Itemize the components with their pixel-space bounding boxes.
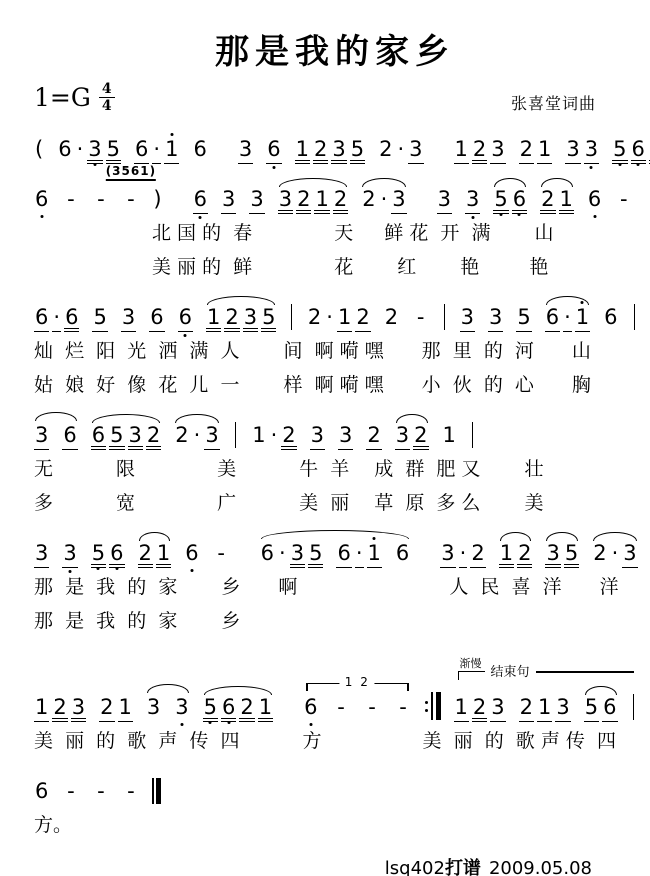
- note-digit: 1: [251, 425, 266, 450]
- note-digit: 5: [109, 425, 124, 450]
- note-digit: 3: [71, 697, 86, 722]
- ending-bracket: 结束句: [458, 671, 635, 680]
- lyric-line: 那 是 我 的 家 乡: [34, 606, 636, 636]
- note-digit: 2: [224, 307, 239, 332]
- note: 6·1: [336, 543, 381, 568]
- note-digit: 3: [310, 425, 325, 450]
- meter-numerator: 4: [99, 81, 115, 97]
- note-digit: 1: [367, 543, 382, 568]
- barline: [472, 422, 474, 448]
- note: 3: [310, 425, 325, 450]
- note-digit: 3: [490, 697, 505, 722]
- note-digit: ·: [52, 307, 61, 332]
- note-digit: 6: [336, 543, 351, 568]
- note-digit: 3: [338, 425, 353, 450]
- note-digit: 6: [178, 307, 193, 332]
- note: 1235: [295, 139, 366, 164]
- note-digit: ): [152, 189, 162, 214]
- note-digit: 3: [146, 697, 161, 722]
- note: 3: [437, 189, 452, 214]
- dash-rest: -: [364, 697, 381, 722]
- note-digit: 5: [106, 139, 121, 164]
- note: 3: [121, 307, 136, 332]
- composer-credit: 张喜堂词曲: [511, 91, 636, 114]
- note-digit: 2: [470, 543, 485, 568]
- note-digit: 2: [307, 307, 322, 332]
- note: 3·2: [440, 543, 485, 568]
- note: 12: [499, 543, 533, 568]
- note: 123: [34, 697, 86, 722]
- lyric-line: 多 宽 广 美 丽 草 原 多 么 美: [34, 488, 636, 518]
- note-digit: ·: [278, 543, 287, 568]
- note-digit: 3: [278, 189, 293, 214]
- music-system: 6·6536612352·122-3356·16灿 烂 阳 光 洒 满 人 间 …: [34, 290, 636, 400]
- note-digit: 6: [134, 139, 149, 164]
- volta-line: 1 2: [306, 683, 408, 693]
- bracket-corner: [458, 671, 485, 680]
- dash-rest: -: [412, 307, 429, 332]
- note-digit: 1: [575, 307, 590, 332]
- dash-rest: -: [62, 189, 79, 214]
- note-digit: ·: [76, 139, 85, 164]
- note-digit: 1: [206, 307, 221, 332]
- note-digit: 5: [91, 543, 106, 568]
- notation-area: (6·356·163612352·3123213356216--(3561)-)…: [34, 122, 636, 840]
- note-digit: 6: [34, 781, 49, 806]
- dash-rest: -: [615, 189, 632, 214]
- note: 3: [460, 307, 475, 332]
- note-digit: 3: [555, 697, 570, 722]
- note-digit: 2: [281, 425, 296, 450]
- note-digit: 3: [238, 139, 253, 164]
- ending-phrase: 渐慢结束句12321356: [454, 658, 637, 722]
- dash-rest: -: [122, 781, 139, 806]
- note-digit: 3: [249, 189, 264, 214]
- note: 3: [146, 697, 161, 722]
- music-system: 3356216-6·356·163·212352·3那 是 我 的 家 乡 啊 …: [34, 526, 636, 636]
- note-digit: 5: [203, 697, 218, 722]
- note-digit: 6: [34, 189, 49, 214]
- note: 2·3: [592, 543, 637, 568]
- note: 3: [34, 543, 49, 568]
- note: -: [62, 189, 79, 214]
- note-digit: 1: [118, 697, 133, 722]
- note: 6: [303, 697, 318, 722]
- note-digit: 2: [138, 543, 153, 568]
- meta-row: 1 = G 4 4 张喜堂词曲: [34, 81, 636, 114]
- note-digit: 2: [296, 189, 311, 214]
- note: 6: [34, 189, 49, 214]
- note: 21: [540, 189, 574, 214]
- note: 6: [587, 189, 602, 214]
- note-digit: ·: [563, 307, 572, 332]
- note-digit: 6: [221, 697, 236, 722]
- note-digit: 6: [512, 189, 527, 214]
- note: 5: [92, 307, 107, 332]
- note: (: [34, 139, 44, 164]
- note-digit: 6: [631, 139, 646, 164]
- note: -: [364, 697, 381, 722]
- note: 213: [519, 697, 571, 722]
- note: -: [122, 781, 139, 806]
- note: 6·6: [34, 307, 79, 332]
- note-digit: 3: [440, 543, 455, 568]
- note-digit: 6: [545, 307, 560, 332]
- note-digit: 2: [519, 697, 534, 722]
- note-digit: 6: [62, 425, 77, 450]
- notation-row: 6--(3561)-)63332122·33356216-: [34, 172, 636, 214]
- note-digit: 2: [472, 697, 487, 722]
- note: ): [152, 189, 162, 214]
- dash-rest: -: [92, 781, 109, 806]
- note-digit: 6: [587, 189, 602, 214]
- note: 5: [516, 307, 531, 332]
- lyric-line: 美 丽 的 歌 声 传 四 方 美 丽 的 歌 声 传 四: [34, 726, 636, 756]
- note-digit: 5: [261, 307, 276, 332]
- note-digit: 3: [488, 307, 503, 332]
- note: 56: [584, 697, 618, 722]
- note-digit: 3: [290, 543, 305, 568]
- note-digit: 1: [559, 189, 574, 214]
- note-digit: 3: [545, 543, 560, 568]
- key-scale-degree: 1: [34, 83, 50, 112]
- note: 123: [454, 139, 506, 164]
- key-signature: 1 = G 4 4: [34, 81, 115, 114]
- note-digit: 6: [34, 307, 49, 332]
- note: 3: [238, 139, 253, 164]
- note: 6: [178, 307, 193, 332]
- note-digit: 1: [442, 425, 457, 450]
- volta-numbers: 1 2: [340, 676, 375, 689]
- note: 35: [545, 543, 579, 568]
- note-digit: 2: [361, 189, 376, 214]
- note-digit: 3: [622, 543, 637, 568]
- note-digit: 5: [584, 697, 599, 722]
- music-system: (6·356·163612352·312321335621: [34, 122, 636, 164]
- note-digit: 2: [333, 189, 348, 214]
- note-digit: 3: [34, 425, 49, 450]
- dash-rest: -: [92, 189, 109, 214]
- note: 21: [138, 543, 172, 568]
- note: 2: [384, 307, 399, 332]
- note: 6: [34, 781, 49, 806]
- note-digit: 6: [303, 697, 318, 722]
- note: 5621: [203, 697, 274, 722]
- note-digit: 5: [516, 307, 531, 332]
- note-digit: 1: [156, 543, 171, 568]
- notation-row: 3665322·31·2332321: [34, 408, 636, 450]
- note-digit: 6: [57, 139, 72, 164]
- note-digit: 3: [391, 189, 406, 214]
- note-digit: ·: [270, 425, 279, 450]
- note-digit: 6: [602, 697, 617, 722]
- note: 6: [266, 139, 281, 164]
- note-digit: 3: [243, 307, 258, 332]
- bracket-line: [536, 671, 634, 673]
- note: 3: [62, 543, 77, 568]
- note: 6532: [91, 425, 162, 450]
- note-digit: 2: [519, 139, 534, 164]
- notation-row: 6·6536612352·122-3356·16: [34, 290, 636, 332]
- transcriber-name: lsq402: [385, 858, 445, 876]
- note-digit: 6: [184, 543, 199, 568]
- note: 21: [99, 697, 133, 722]
- lyric-line: 方。: [34, 810, 636, 840]
- note: 32: [395, 425, 429, 450]
- lyric-line: 美 丽 的 鲜 花 红 艳 艳: [34, 252, 636, 282]
- note-digit: 6: [193, 189, 208, 214]
- note-digit: 3: [174, 697, 189, 722]
- note: 2·12: [307, 307, 371, 332]
- volta-measures: 6---: [303, 697, 411, 722]
- note: 2·3: [361, 189, 406, 214]
- note-digit: 3: [121, 307, 136, 332]
- note: 2·3: [378, 139, 423, 164]
- note-digit: 6: [266, 139, 281, 164]
- music-system: 6---方。: [34, 764, 636, 840]
- song-title: 那是我的家乡: [34, 24, 636, 73]
- note-digit: 1: [454, 139, 469, 164]
- slur-group: 6·356·16: [260, 543, 411, 568]
- note: 1·2: [251, 425, 296, 450]
- note: -: [213, 543, 230, 568]
- note: 6·35: [260, 543, 324, 568]
- note-digit: 2: [592, 543, 607, 568]
- note-digit: 6: [395, 543, 410, 568]
- notation-row: (6·356·163612352·312321335621: [34, 122, 636, 164]
- note: -: [92, 781, 109, 806]
- note-digit: 6: [91, 425, 106, 450]
- note-digit: 2: [540, 189, 555, 214]
- note-digit: 2: [366, 425, 381, 450]
- note: -: [412, 307, 429, 332]
- note-digit: 5: [92, 307, 107, 332]
- note: 6: [603, 307, 618, 332]
- note-digit: 3: [437, 189, 452, 214]
- note: 6·1: [134, 139, 179, 164]
- dash-rest: -: [333, 697, 350, 722]
- time-signature: 4 4: [99, 81, 115, 114]
- note-digit: 3: [408, 139, 423, 164]
- repeat-end-sign: [425, 692, 441, 720]
- music-system: 123213356211 26---渐慢结束句12321356美 丽 的 歌 声…: [34, 644, 636, 756]
- note: 6: [395, 543, 410, 568]
- lyric-line: 无 限 美 牛 羊 成 群 肥 又 壮: [34, 454, 636, 484]
- note-digit: 1: [454, 697, 469, 722]
- note-digit: 3: [87, 139, 102, 164]
- note-digit: 1: [164, 139, 179, 164]
- note-digit: 6: [149, 307, 164, 332]
- dash-rest: -: [62, 781, 79, 806]
- music-system: 6--(3561)-)63332122·33356216-北 国 的 春 天 鲜…: [34, 172, 636, 282]
- note-digit: 1: [258, 697, 273, 722]
- note: 6·35: [57, 139, 121, 164]
- slur-group: 36: [34, 425, 78, 450]
- barline: [235, 422, 237, 448]
- note-digit: 1: [314, 189, 329, 214]
- note-digit: ·: [193, 425, 202, 450]
- notation-row: 3356216-6·356·163·212352·3: [34, 526, 636, 568]
- note-digit: 3: [331, 139, 346, 164]
- note: 33: [565, 139, 599, 164]
- note: 3: [249, 189, 264, 214]
- note-digit: 3: [62, 543, 77, 568]
- note: 56: [493, 189, 527, 214]
- note: 1: [442, 425, 457, 450]
- volta-bracket: 1 26---: [303, 683, 411, 722]
- note-digit: 3: [460, 307, 475, 332]
- note-digit: 6: [64, 307, 79, 332]
- note: 21: [519, 139, 553, 164]
- note-digit: 1: [537, 139, 552, 164]
- note-digit: 3: [221, 189, 236, 214]
- repeat-dots: [425, 701, 428, 712]
- note-digit: 2: [413, 425, 428, 450]
- note-digit: 2: [146, 425, 161, 450]
- lyric-line: 姑 娘 好 像 花 儿 一 样 啊 嗬 嘿 小 伙 的 心 胸: [34, 370, 636, 400]
- note: 2·3: [174, 425, 219, 450]
- note-digit: ·: [459, 543, 468, 568]
- note: 3: [174, 697, 189, 722]
- note-digit: ·: [611, 543, 620, 568]
- music-system: 3665322·31·2332321无 限 美 牛 羊 成 群 肥 又 壮多 宽…: [34, 408, 636, 518]
- note: 3: [338, 425, 353, 450]
- note: -: [615, 189, 632, 214]
- note: 56: [91, 543, 125, 568]
- note: 1235: [206, 307, 277, 332]
- note-digit: 3: [584, 139, 599, 164]
- barline: [633, 694, 635, 720]
- note: 3: [488, 307, 503, 332]
- note: 6: [184, 543, 199, 568]
- note-digit: 3: [565, 139, 580, 164]
- note: 3: [34, 425, 49, 450]
- note-digit: 2: [517, 543, 532, 568]
- grace-notes: (3561): [106, 165, 156, 181]
- note-digit: 5: [564, 543, 579, 568]
- note: -: [395, 697, 412, 722]
- lyric-line: 那 是 我 的 家 乡 啊 人 民 喜 洋 洋: [34, 572, 636, 602]
- note-digit: ·: [325, 307, 334, 332]
- notation-row: 123213356211 26---渐慢结束句12321356: [34, 644, 636, 722]
- note-digit: 3: [34, 543, 49, 568]
- note-digit: 5: [493, 189, 508, 214]
- note-digit: 6: [192, 139, 207, 164]
- transcriber-action: 打谱: [445, 854, 481, 876]
- note-digit: 6: [109, 543, 124, 568]
- note-digit: 6: [260, 543, 275, 568]
- note-digit: 1: [537, 697, 552, 722]
- footer-credit: lsq402 打谱 2009.05.08: [34, 840, 636, 876]
- note: -: [62, 781, 79, 806]
- note: 3: [221, 189, 236, 214]
- note-digit: 1: [34, 697, 49, 722]
- note: 6·1: [545, 307, 590, 332]
- note: -: [92, 189, 109, 214]
- ending-label: 结束句: [485, 666, 536, 679]
- note-digit: (: [34, 139, 44, 164]
- note-digit: 2: [378, 139, 393, 164]
- note-digit: 3: [395, 425, 410, 450]
- lyric-line: 北 国 的 春 天 鲜 花 开 满 山: [34, 218, 636, 248]
- note: 5621: [612, 139, 650, 164]
- note: 6: [192, 139, 207, 164]
- note-digit: 5: [350, 139, 365, 164]
- key-note: G: [71, 83, 91, 112]
- note-digit: 1: [337, 307, 352, 332]
- meter-denominator: 4: [99, 97, 115, 114]
- final-barline: [152, 778, 161, 804]
- note-digit: 2: [99, 697, 114, 722]
- note-digit: 3: [204, 425, 219, 450]
- note: 2: [366, 425, 381, 450]
- note-digit: 2: [52, 697, 67, 722]
- note-digit: 1: [295, 139, 310, 164]
- note: (3561)-: [122, 189, 139, 214]
- note-digit: 2: [313, 139, 328, 164]
- notation-row: 6---: [34, 764, 636, 806]
- lyric-line: 灿 烂 阳 光 洒 满 人 间 啊 嗬 嘿 那 里 的 河 山: [34, 336, 636, 366]
- note-digit: 3: [465, 189, 480, 214]
- note: -: [333, 697, 350, 722]
- note-digit: ·: [355, 543, 364, 568]
- note-digit: 2: [472, 139, 487, 164]
- dash-rest: -: [122, 189, 139, 214]
- note-digit: 3: [490, 139, 505, 164]
- key-equals: =: [50, 83, 71, 112]
- note: 6: [149, 307, 164, 332]
- note-digit: 2: [174, 425, 189, 450]
- note: 3212: [278, 189, 349, 214]
- note-digit: 3: [128, 425, 143, 450]
- note: 6: [193, 189, 208, 214]
- note-digit: 6: [603, 307, 618, 332]
- note-digit: 1: [499, 543, 514, 568]
- dash-rest: -: [213, 543, 230, 568]
- note-digit: ·: [396, 139, 405, 164]
- note-digit: 2: [239, 697, 254, 722]
- note-digit: 2: [355, 307, 370, 332]
- ending-measures: 12321356: [454, 682, 637, 722]
- note-digit: ·: [152, 139, 161, 164]
- note: 6: [62, 425, 77, 450]
- slur-group: 33: [146, 697, 190, 722]
- note-digit: 5: [308, 543, 323, 568]
- note: 3: [465, 189, 480, 214]
- dash-rest: -: [395, 697, 412, 722]
- note-digit: ·: [380, 189, 389, 214]
- sheet-music-page: 那是我的家乡 1 = G 4 4 张喜堂词曲 (6·356·163612352·…: [0, 0, 650, 876]
- note-digit: 2: [384, 307, 399, 332]
- note-digit: 5: [612, 139, 627, 164]
- transcription-date: 2009.05.08: [489, 858, 592, 876]
- note: 123: [454, 697, 506, 722]
